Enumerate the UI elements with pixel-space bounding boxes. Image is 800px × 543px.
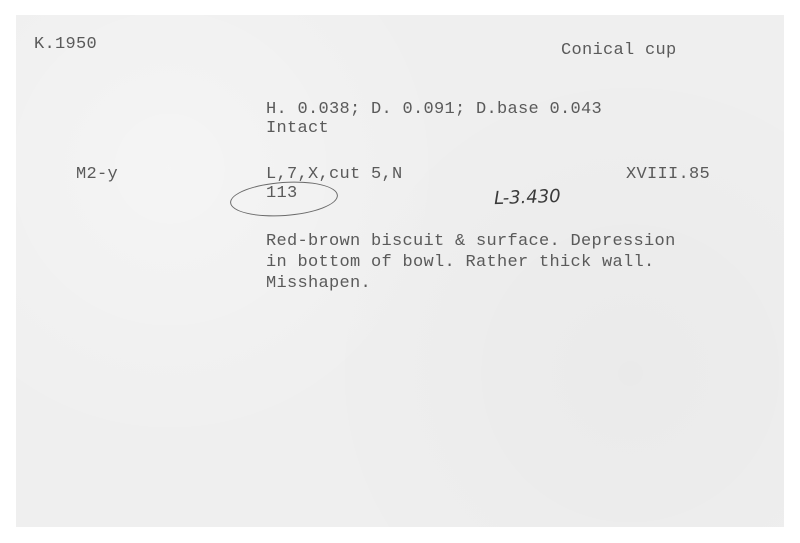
description-line: in bottom of bowl. Rather thick wall. xyxy=(266,252,676,273)
object-type: Conical cup xyxy=(561,41,677,60)
reference-number: XVIII.85 xyxy=(626,165,710,184)
description-line: Red-brown biscuit & surface. Depression xyxy=(266,231,676,252)
condition: Intact xyxy=(266,119,329,138)
catalog-card: K.1950 Conical cup H. 0.038; D. 0.091; D… xyxy=(16,15,784,527)
description: Red-brown biscuit & surface. Depression … xyxy=(266,231,676,294)
handwritten-note: L-3.430 xyxy=(494,186,561,209)
description-line: Misshapen. xyxy=(266,273,676,294)
catalog-number: K.1950 xyxy=(34,35,97,54)
dimensions: H. 0.038; D. 0.091; D.base 0.043 xyxy=(266,100,602,119)
pencil-circle xyxy=(229,178,339,219)
area-code: M2-y xyxy=(76,165,118,184)
